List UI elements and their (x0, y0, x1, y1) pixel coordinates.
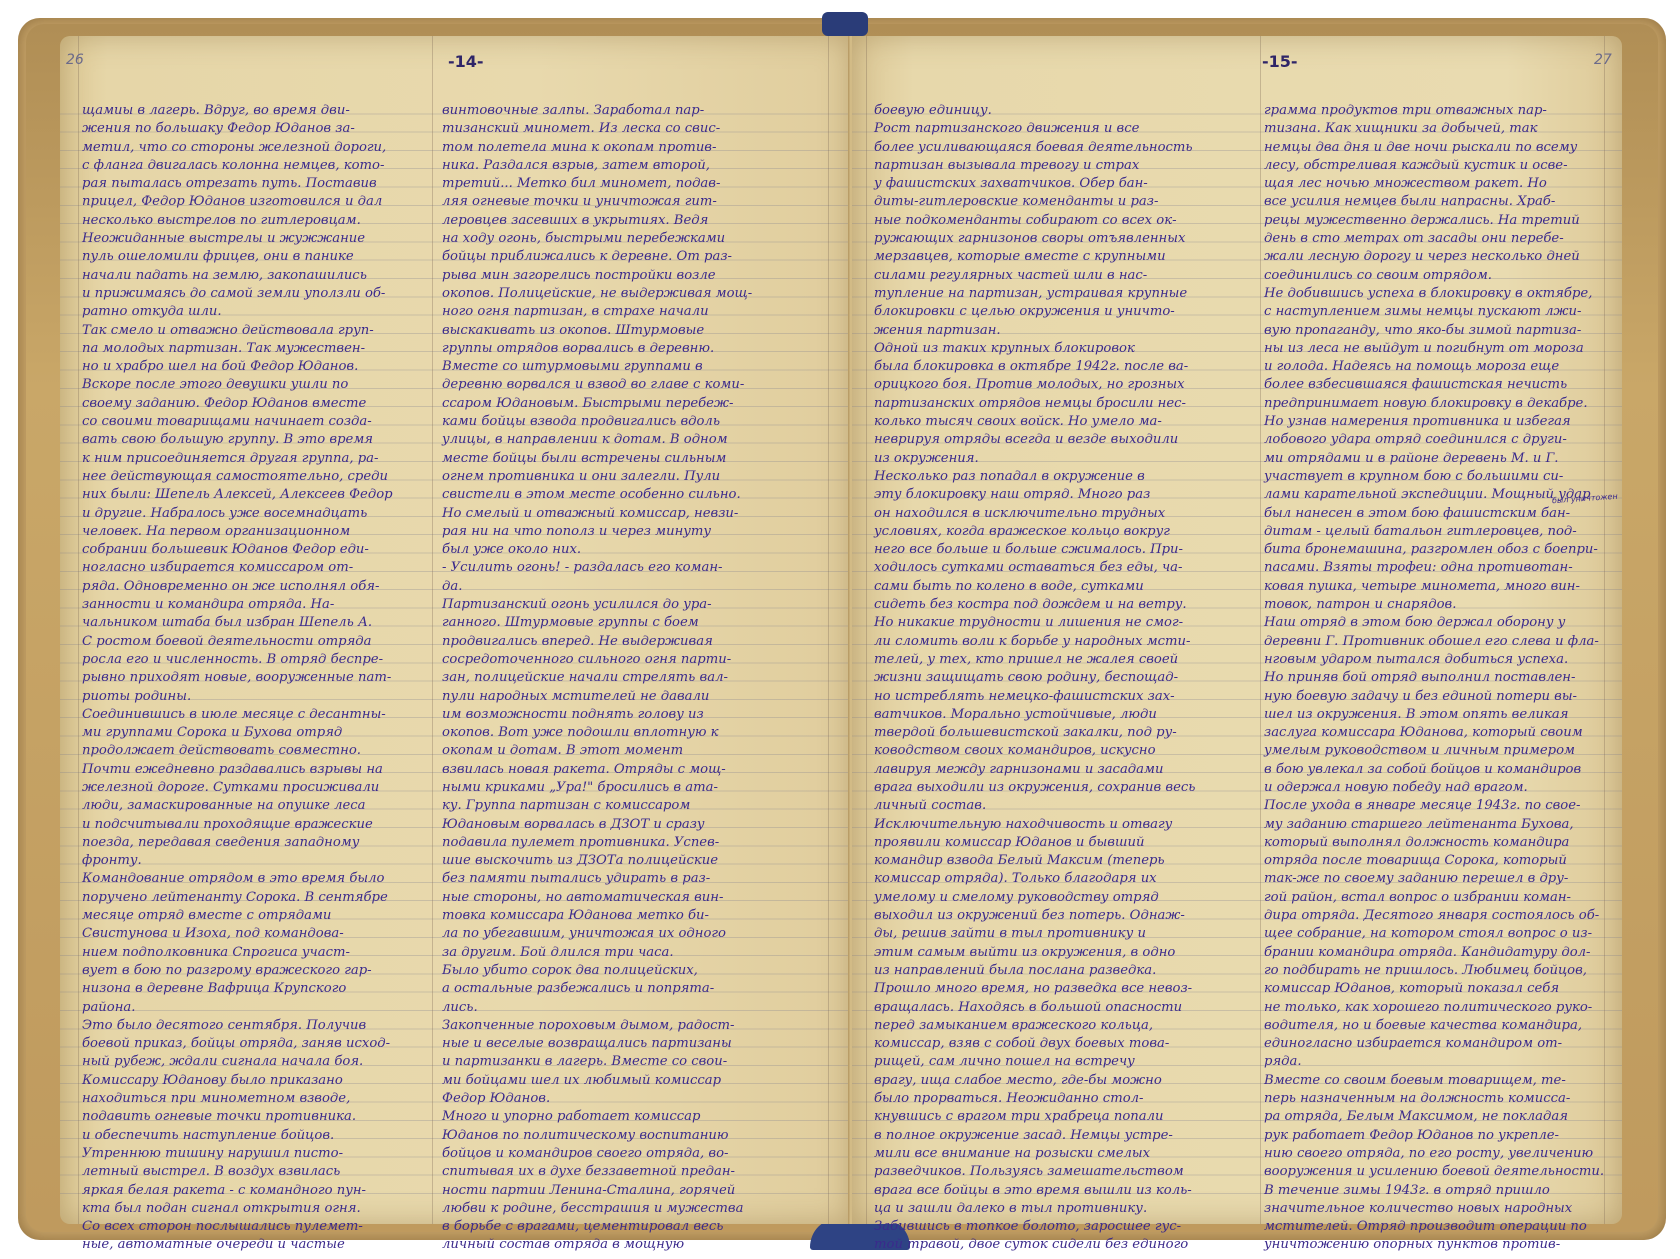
handwritten-line: участвует в крупном бою с большими си- (1264, 468, 1604, 486)
handwritten-line: комиссар отряда). Только благодаря их (874, 870, 1258, 888)
handwritten-line: шие выскочить из ДЗОТа полицейские (442, 852, 824, 870)
handwritten-line: колько тысяч своих войск. Но умело ма- (874, 413, 1258, 431)
handwritten-line: подавить огневые точки противника. (82, 1108, 430, 1126)
handwritten-line: щая лес ночью множеством ракет. Но (1264, 175, 1604, 193)
handwritten-line: но истреблять немецко-фашистских зах- (874, 688, 1258, 706)
handwritten-line: Командование отрядом в это время было (82, 870, 430, 888)
handwritten-line: несколько выстрелов по гитлеровцам. (82, 212, 430, 230)
handwritten-line: ны из леса не выйдут и погибнут от мороз… (1264, 340, 1604, 358)
handwritten-line: Утреннюю тишину нарушил писто- (82, 1145, 430, 1163)
handwritten-line: и партизанки в лагерь. Вместе со свои- (442, 1053, 824, 1071)
handwritten-line: Рост партизанского движения и все (874, 120, 1258, 138)
handwritten-line: ми отрядами и в районе деревень М. и Г. (1264, 450, 1604, 468)
handwritten-line: ку. Группа партизан с комиссаром (442, 797, 824, 815)
handwritten-line: Одной из таких крупных блокировок (874, 340, 1258, 358)
handwritten-line: отряда после товарища Сорока, который (1264, 852, 1604, 870)
handwritten-line: ководством своих командиров, искусно (874, 742, 1258, 760)
page-number: -14- (448, 52, 484, 71)
handwritten-line: сидеть без костра под дождем и на ветру. (874, 596, 1258, 614)
handwritten-line: и подсчитывали проходящие вражеские (82, 816, 430, 834)
handwritten-line: ные подкоменданты собирают со всех ок- (874, 212, 1258, 230)
handwritten-line: риоты родины. (82, 688, 430, 706)
handwritten-line: Со всех сторон послышались пулемет- (82, 1218, 430, 1236)
handwritten-line: Наш отряд в этом бою держал оборону у (1264, 614, 1604, 632)
handwritten-line: улицы, в направлении к дотам. В одном (442, 431, 824, 449)
handwritten-line: ками бойцы взвода продвигались вдоль (442, 413, 824, 431)
margin-line (828, 36, 829, 1224)
handwritten-line: чальником штаба был избран Шепель А. (82, 614, 430, 632)
handwritten-line: щамиы в лагерь. Вдруг, во время дви- (82, 102, 430, 120)
handwritten-line: люди, замаскированные на опушке леса (82, 797, 430, 815)
handwritten-line: Федор Юданов. (442, 1090, 824, 1108)
handwritten-line: мстителей. Отряд производит операции по (1264, 1218, 1604, 1236)
handwritten-line: го подбирать не пришлось. Любимец бойцов… (1264, 962, 1604, 980)
handwritten-line: врага выходили из окружения, сохранив ве… (874, 779, 1258, 797)
handwritten-line: рывно приходят новые, вооруженные пат- (82, 669, 430, 687)
handwritten-line: лись. (442, 999, 824, 1017)
handwritten-line: проявили комиссар Юданов и бывший (874, 834, 1258, 852)
handwritten-line: был уже около них. (442, 541, 824, 559)
handwritten-line: твердой большевистской закалки, под ру- (874, 724, 1258, 742)
handwritten-line: а остальные разбежались и попрята- (442, 980, 824, 998)
handwritten-line: нием подполковника Спрогиса участ- (82, 944, 430, 962)
handwritten-line: них были: Шепель Алексей, Алексеев Федор (82, 486, 430, 504)
handwritten-line: ные и веселые возвращались партизаны (442, 1035, 824, 1053)
handwritten-line: вращалась. Находясь в большой опасности (874, 999, 1258, 1017)
handwritten-line: огнем противника и они залегли. Пули (442, 468, 824, 486)
handwritten-line: поручено лейтенанту Сорока. В сентябре (82, 889, 430, 907)
handwritten-line: ный рубеж, ждали сигнала начала боя. (82, 1053, 430, 1071)
handwritten-line: да. (442, 578, 824, 596)
handwritten-line: более взбесившаяся фашистская нечисть (1264, 376, 1604, 394)
handwritten-line: ковая пушка, четыре миномета, много вин- (1264, 578, 1604, 596)
handwritten-line: пасами. Взяты трофеи: одна противотан- (1264, 559, 1604, 577)
handwritten-line: вует в бою по разгрому вражеского гар- (82, 962, 430, 980)
margin-line (1604, 36, 1605, 1224)
handwritten-line: командир взвода Белый Максим (теперь (874, 852, 1258, 870)
handwritten-line: начали падать на землю, закопашились (82, 267, 430, 285)
handwritten-line: жения партизан. (874, 322, 1258, 340)
handwritten-line: зан, полицейские начали стрелять вал- (442, 669, 824, 687)
handwritten-line: взвилась новая ракета. Отряды с мощ- (442, 761, 824, 779)
handwritten-line: со своими товарищами начинает созда- (82, 413, 430, 431)
handwritten-line: более усиливающаяся боевая деятельность (874, 139, 1258, 157)
handwritten-line: кнувшись с врагом три храбреца попали (874, 1108, 1258, 1126)
handwritten-line: брании командира отряда. Кандидатуру дол… (1264, 944, 1604, 962)
handwritten-line: - Усилить огонь! - раздалась его коман- (442, 559, 824, 577)
handwritten-line: телей, у тех, кто пришел не жалея своей (874, 651, 1258, 669)
left-page-column-1: щамиы в лагерь. Вдруг, во время дви-жени… (82, 102, 430, 1255)
handwritten-line: Вскоре после этого девушки ушли по (82, 376, 430, 394)
handwritten-line: из направлений была послана разведка. (874, 962, 1258, 980)
handwritten-line: и обеспечить наступление бойцов. (82, 1127, 430, 1145)
handwritten-line: день в сто метрах от засады они перебе- (1264, 230, 1604, 248)
handwritten-line: все усилия немцев были напрасны. Храб- (1264, 193, 1604, 211)
handwritten-line: той травой, двое суток сидели без единог… (874, 1236, 1258, 1254)
handwritten-line: окопов. Полицейские, не выдерживая мощ- (442, 285, 824, 303)
handwritten-line: у фашистских захватчиков. Обер бан- (874, 175, 1258, 193)
handwritten-line: Но никакие трудности и лишения не смог- (874, 614, 1258, 632)
handwritten-line: ватчиков. Морально устойчивые, люди (874, 706, 1258, 724)
handwritten-line: без памяти пытались удирать в раз- (442, 870, 824, 888)
handwritten-line: ными криками „Ура!" бросились в ата- (442, 779, 824, 797)
handwritten-line: в бою увлекал за собой бойцов и командир… (1264, 761, 1604, 779)
handwritten-line: ганного. Штурмовые группы с боем (442, 614, 824, 632)
handwritten-line: Вместе со своим боевым товарищем, те- (1264, 1072, 1604, 1090)
handwritten-line: с фланга двигалась колонна немцев, кото- (82, 157, 430, 175)
handwritten-line: Но смелый и отважный комиссар, невзи- (442, 505, 824, 523)
handwritten-line: летный выстрел. В воздух взвилась (82, 1163, 430, 1181)
handwritten-line: своему заданию. Федор Юданов вместе (82, 395, 430, 413)
handwritten-line: условиях, когда вражеское кольцо вокруг (874, 523, 1258, 541)
handwritten-line: из окружения. (874, 450, 1258, 468)
handwritten-line: вооружения и усилению боевой деятельност… (1264, 1163, 1604, 1181)
handwritten-line: Партизанский огонь усилился до ура- (442, 596, 824, 614)
handwritten-line: Юданов по политическому воспитанию (442, 1127, 824, 1145)
handwritten-line: деревни Г. Противник обошел его слева и … (1264, 633, 1604, 651)
handwritten-line: рук работает Федор Юданов по укрепле- (1264, 1127, 1604, 1145)
handwritten-line: врагу, ища слабое место, где-бы можно (874, 1072, 1258, 1090)
handwritten-line: сосредоточенного сильного огня парти- (442, 651, 824, 669)
handwritten-line: ми бойцами шел их любимый комиссар (442, 1072, 824, 1090)
handwritten-line: дитам - целый батальон гитлеровцев, под- (1264, 523, 1604, 541)
handwritten-line: шел из окружения. В этом опять великая (1264, 706, 1604, 724)
margin-line (866, 36, 867, 1224)
handwritten-line: ла по убегавшим, уничтожая их одного (442, 925, 824, 943)
handwritten-line: товок, патрон и снарядов. (1264, 596, 1604, 614)
left-page-column-2: винтовочные залпы. Заработал пар-тизанск… (442, 102, 824, 1255)
handwritten-line: ряда. (1264, 1053, 1604, 1071)
page-number: -15- (1262, 52, 1298, 71)
handwritten-line: партизанских отрядов немцы бросили нес- (874, 395, 1258, 413)
handwritten-line: ца и зашли далеко в тыл противнику. (874, 1200, 1258, 1218)
handwritten-line: ляя огневые точки и уничтожая гит- (442, 193, 824, 211)
handwritten-line: эту блокировку наш отряд. Много раз (874, 486, 1258, 504)
handwritten-line: за другим. Бой длился три часа. (442, 944, 824, 962)
handwritten-line: лесу, обстреливая каждый кустик и осве- (1264, 157, 1604, 175)
handwritten-line: врага все бойцы в это время вышли из кол… (874, 1182, 1258, 1200)
handwritten-line: рищей, сам лично пошел на встречу (874, 1053, 1258, 1071)
handwritten-line: пуль ошеломили фрицев, они в панике (82, 248, 430, 266)
handwritten-line: и одержал новую победу над врагом. (1264, 779, 1604, 797)
handwritten-line: третий... Метко бил миномет, подав- (442, 175, 824, 193)
handwritten-line: боевую единицу. (874, 102, 1258, 120)
handwritten-line: В течение зимы 1943г. в отряд пришло (1264, 1182, 1604, 1200)
handwritten-line: рецы мужественно держались. На третий (1264, 212, 1604, 230)
handwritten-line: орицкого боя. Против молодых, но грозных (874, 376, 1258, 394)
handwritten-line: ружающих гарнизонов своры отъявленных (874, 230, 1258, 248)
handwritten-line: человек. На первом организационном (82, 523, 430, 541)
handwritten-line: блокировки с целью окружения и уничто- (874, 303, 1258, 321)
handwritten-line: не только, как хорошего политического ру… (1264, 999, 1604, 1017)
handwritten-line: па молодых партизан. Так мужествен- (82, 340, 430, 358)
folio-number: 26 (66, 52, 84, 68)
handwritten-line: яркая белая ракета - с командного пун- (82, 1182, 430, 1200)
handwritten-line: Закопченные пороховым дымом, радост- (442, 1017, 824, 1035)
right-page: -15- 27 боевую единицу. Рост партизанско… (852, 36, 1622, 1224)
handwritten-line: продвигались вперед. Не выдерживая (442, 633, 824, 651)
handwritten-line: и прижимаясь до самой земли уползли об- (82, 285, 430, 303)
handwritten-line: выскакивать из окопов. Штурмовые (442, 322, 824, 340)
handwritten-line: ные, автоматные очереди и частые (82, 1236, 430, 1254)
handwritten-line: Было убито сорок два полицейских, (442, 962, 824, 980)
handwritten-line: был нанесен в этом бою фашистским бан- (1264, 505, 1604, 523)
right-page-column-1: боевую единицу. Рост партизанского движе… (874, 102, 1258, 1255)
handwritten-line: Прошло много время, но разведка все нево… (874, 980, 1258, 998)
handwritten-line: тупление на партизан, устраивая крупные (874, 285, 1258, 303)
spine-binding-top (822, 12, 868, 36)
right-page-column-2: грамма продуктов три отважных пар-тизана… (1264, 102, 1604, 1255)
handwritten-line: подавила пулемет противника. Успев- (442, 834, 824, 852)
handwritten-line: сами быть по колено в воде, сутками (874, 578, 1258, 596)
handwritten-line: Так смело и отважно действовала груп- (82, 322, 430, 340)
handwritten-line: умелому и смелому руководству отряд (874, 889, 1258, 907)
handwritten-line: он находился в исключительно трудных (874, 505, 1258, 523)
handwritten-line: железной дороге. Сутками просиживали (82, 779, 430, 797)
handwritten-line: лавируя между гарнизонами и засадами (874, 761, 1258, 779)
handwritten-line: ника. Раздался взрыв, затем второй, (442, 157, 824, 175)
handwritten-line: Свистунова и Изоха, под командова- (82, 925, 430, 943)
handwritten-line: водителя, но и боевые качества командира… (1264, 1017, 1604, 1035)
handwritten-line: винтовочные залпы. Заработал пар- (442, 102, 824, 120)
handwritten-line: перед замыканием вражеского кольца, (874, 1017, 1258, 1035)
handwritten-line: который выполнял должность командира (1264, 834, 1604, 852)
handwritten-line: с наступлением зимы немцы пускают лжи- (1264, 303, 1604, 321)
handwritten-line: но и храбро шел на бой Федор Юданов. (82, 358, 430, 376)
handwritten-line: кта был подан сигнал открытия огня. (82, 1200, 430, 1218)
handwritten-line: фронту. (82, 852, 430, 870)
handwritten-line: значительное количество новых народных (1264, 1200, 1604, 1218)
handwritten-line: Забившись в топкое болото, заросшее гус- (874, 1218, 1258, 1236)
handwritten-line: дира отряда. Десятого января состоялось … (1264, 907, 1604, 925)
handwritten-line: ного огня партизан, в страхе начали (442, 303, 824, 321)
handwritten-line: комиссар Юданов, который показал себя (1264, 980, 1604, 998)
handwritten-line: заслуга комиссара Юданова, который своим (1264, 724, 1604, 742)
handwritten-line: нее действующая самостоятельно, среди (82, 468, 430, 486)
handwritten-line: деревню ворвался и взвод во главе с коми… (442, 376, 824, 394)
handwritten-line: росла его и численность. В отряд беспре- (82, 651, 430, 669)
handwritten-line: него все больше и больше сжималось. При- (874, 541, 1258, 559)
handwritten-line: нговым ударом пытался добиться успеха. (1264, 651, 1604, 669)
handwritten-line: Это было десятого сентября. Получив (82, 1017, 430, 1035)
margin-line (1260, 36, 1261, 1224)
handwritten-line: ные стороны, но автоматическая вин- (442, 889, 824, 907)
handwritten-line: рая ни на что пополз и через минуту (442, 523, 824, 541)
handwritten-line: лобового удара отряд соединился с други- (1264, 431, 1604, 449)
handwritten-line: личный состав. (874, 797, 1258, 815)
margin-line (432, 36, 433, 1224)
handwritten-line: бойцов и командиров своего отряда, во- (442, 1145, 824, 1163)
handwritten-line: Но узнав намерения противника и избегая (1264, 413, 1604, 431)
handwritten-line: ногласно избирается комиссаром от- (82, 559, 430, 577)
handwritten-line: группы отрядов ворвались в деревню. (442, 340, 824, 358)
handwritten-line: Соединившись в июле месяце с десантны- (82, 706, 430, 724)
handwritten-line: Комиссару Юданову было приказано (82, 1072, 430, 1090)
handwritten-line: была блокировка в октябре 1942г. после в… (874, 358, 1258, 376)
handwritten-line: бойцы приближались к деревне. От раз- (442, 248, 824, 266)
handwritten-line: Неожиданные выстрелы и жужжание (82, 230, 430, 248)
handwritten-line: неврируя отряды всегда и везде выходили (874, 431, 1258, 449)
handwritten-line: прицел, Федор Юданов изготовился и дал (82, 193, 430, 211)
handwritten-line: бита бронемашина, разгромлен обоз с боеп… (1264, 541, 1604, 559)
handwritten-line: так-же по своему заданию перешел в дру- (1264, 870, 1604, 888)
handwritten-line: Вместе со штурмовыми группами в (442, 358, 824, 376)
handwritten-line: этим самым выйти из окружения, в одно (874, 944, 1258, 962)
handwritten-line: ды, решив зайти в тыл противнику и (874, 925, 1258, 943)
handwritten-line: и голода. Надеясь на помощь мороза еще (1264, 358, 1604, 376)
handwritten-line: жали лесную дорогу и через несколько дне… (1264, 248, 1604, 266)
handwritten-line: Юдановым ворвалась в ДЗОТ и сразу (442, 816, 824, 834)
handwritten-line: грамма продуктов три отважных пар- (1264, 102, 1604, 120)
handwritten-line: в полное окружение засад. Немцы устре- (874, 1127, 1258, 1145)
handwritten-line: пули народных мстителей не давали (442, 688, 824, 706)
handwritten-line: Почти ежедневно раздавались взрывы на (82, 761, 430, 779)
handwritten-line: нию своего отряда, по его росту, увеличе… (1264, 1145, 1604, 1163)
handwritten-line: ряда. Одновременно он же исполнял обя- (82, 578, 430, 596)
handwritten-line: свистели в этом месте особенно сильно. (442, 486, 824, 504)
handwritten-line: тизанский миномет. Из леска со свис- (442, 120, 824, 138)
handwritten-line: После ухода в январе месяце 1943г. по св… (1264, 797, 1604, 815)
handwritten-line: продолжает действовать совместно. (82, 742, 430, 760)
handwritten-line: щее собрание, на котором стоял вопрос о … (1264, 925, 1604, 943)
handwritten-line: умелым руководством и личным примером (1264, 742, 1604, 760)
handwritten-line: личный состав отряда в мощную (442, 1236, 824, 1254)
handwritten-line: было прорваться. Неожиданно стол- (874, 1090, 1258, 1108)
handwritten-line: комиссар, взяв с собой двух боевых това- (874, 1035, 1258, 1053)
handwritten-line: Исключительную находчивость и отвагу (874, 816, 1258, 834)
handwritten-line: вую пропаганду, что яко-бы зимой партиза… (1264, 322, 1604, 340)
handwritten-line: низона в деревне Вафрица Крупского (82, 980, 430, 998)
handwritten-line: единогласно избирается командиром от- (1264, 1035, 1604, 1053)
handwritten-line: леровцев засевших в укрытиях. Ведя (442, 212, 824, 230)
handwritten-line: ссаром Юдановым. Быстрыми перебеж- (442, 395, 824, 413)
handwritten-line: партизан вызывала тревогу и страх (874, 157, 1258, 175)
handwritten-line: ходилось сутками оставаться без еды, ча- (874, 559, 1258, 577)
handwritten-line: Не добившись успеха в блокировку в октяб… (1264, 285, 1604, 303)
handwritten-line: им возможности поднять голову из (442, 706, 824, 724)
handwritten-line: немцы два дня и две ночи рыскали по всем… (1264, 139, 1604, 157)
handwritten-line: Но приняв бой отряд выполнил поставлен- (1264, 669, 1604, 687)
handwritten-line: тизана. Как хищники за добычей, так (1264, 120, 1604, 138)
handwritten-line: С ростом боевой деятельности отряда (82, 633, 430, 651)
margin-line (78, 36, 79, 1224)
folio-number: 27 (1594, 52, 1612, 68)
handwritten-line: на ходу огонь, быстрыми перебежками (442, 230, 824, 248)
handwritten-line: товка комиссара Юданова метко би- (442, 907, 824, 925)
handwritten-line: ности партии Ленина-Сталина, горячей (442, 1182, 824, 1200)
handwritten-line: рыва мин загорелись постройки возле (442, 267, 824, 285)
handwritten-line: ли сломить воли к борьбе у народных мсти… (874, 633, 1258, 651)
handwritten-line: мили все внимание на розыски смелых (874, 1145, 1258, 1163)
handwritten-line: спитывая их в духе беззаветной предан- (442, 1163, 824, 1181)
left-page: 26 -14- щамиы в лагерь. Вдруг, во время … (60, 36, 850, 1224)
handwritten-line: му заданию старшего лейтенанта Бухова, (1264, 816, 1604, 834)
handwritten-line: и другие. Набралось уже восемнадцать (82, 505, 430, 523)
handwritten-line: мерзавцев, которые вместе с крупными (874, 248, 1258, 266)
handwritten-line: занности и командира отряда. На- (82, 596, 430, 614)
handwritten-line: окопов. Вот уже подошли вплотную к (442, 724, 824, 742)
handwritten-line: любви к родине, бесстрашия и мужества (442, 1200, 824, 1218)
handwritten-line: уничтожению опорных пунктов против- (1264, 1236, 1604, 1254)
handwritten-line: ра отряда, Белым Максимом, не покладая (1264, 1108, 1604, 1126)
handwritten-line: выходил из окружений без потерь. Однаж- (874, 907, 1258, 925)
handwritten-line: метил, что со стороны железной дороги, (82, 139, 430, 157)
handwritten-line: района. (82, 999, 430, 1017)
handwritten-line: предпринимает новую блокировку в декабре… (1264, 395, 1604, 413)
handwritten-line: жизни защищать свою родину, беспощад- (874, 669, 1258, 687)
handwritten-line: разведчиков. Пользуясь замешательством (874, 1163, 1258, 1181)
handwritten-line: Много и упорно работает комиссар (442, 1108, 824, 1126)
handwritten-line: находиться при минометном взводе, (82, 1090, 430, 1108)
handwritten-line: соединились со своим отрядом. (1264, 267, 1604, 285)
handwritten-line: рая пыталась отрезать путь. Поставив (82, 175, 430, 193)
handwritten-line: ратно откуда шли. (82, 303, 430, 321)
handwritten-line: месте бойцы были встречены сильным (442, 450, 824, 468)
handwritten-line: собрании большевик Юданов Федор еди- (82, 541, 430, 559)
handwritten-line: месяце отряд вместе с отрядами (82, 907, 430, 925)
handwritten-line: диты-гитлеровские коменданты и раз- (874, 193, 1258, 211)
handwritten-line: ную боевую задачу и без единой потери вы… (1264, 688, 1604, 706)
handwritten-line: к ним присоединяется другая группа, ра- (82, 450, 430, 468)
handwritten-line: в борьбе с врагами, цементировал весь (442, 1218, 824, 1236)
handwritten-line: гой район, встал вопрос о избрании коман… (1264, 889, 1604, 907)
handwritten-line: поезда, передавая сведения западному (82, 834, 430, 852)
handwritten-line: ми группами Сорока и Бухова отряд (82, 724, 430, 742)
handwritten-line: вать свою большую группу. В это время (82, 431, 430, 449)
handwritten-line: боевой приказ, бойцы отряда, заняв исход… (82, 1035, 430, 1053)
handwritten-line: Несколько раз попадал в окружение в (874, 468, 1258, 486)
handwritten-line: силами регулярных частей шли в нас- (874, 267, 1258, 285)
handwritten-line: перь назначенным на должность комисса- (1264, 1090, 1604, 1108)
handwritten-line: том полетела мина к окопам против- (442, 139, 824, 157)
handwritten-line: жения по большаку Федор Юданов за- (82, 120, 430, 138)
handwritten-line: окопам и дотам. В этот момент (442, 742, 824, 760)
